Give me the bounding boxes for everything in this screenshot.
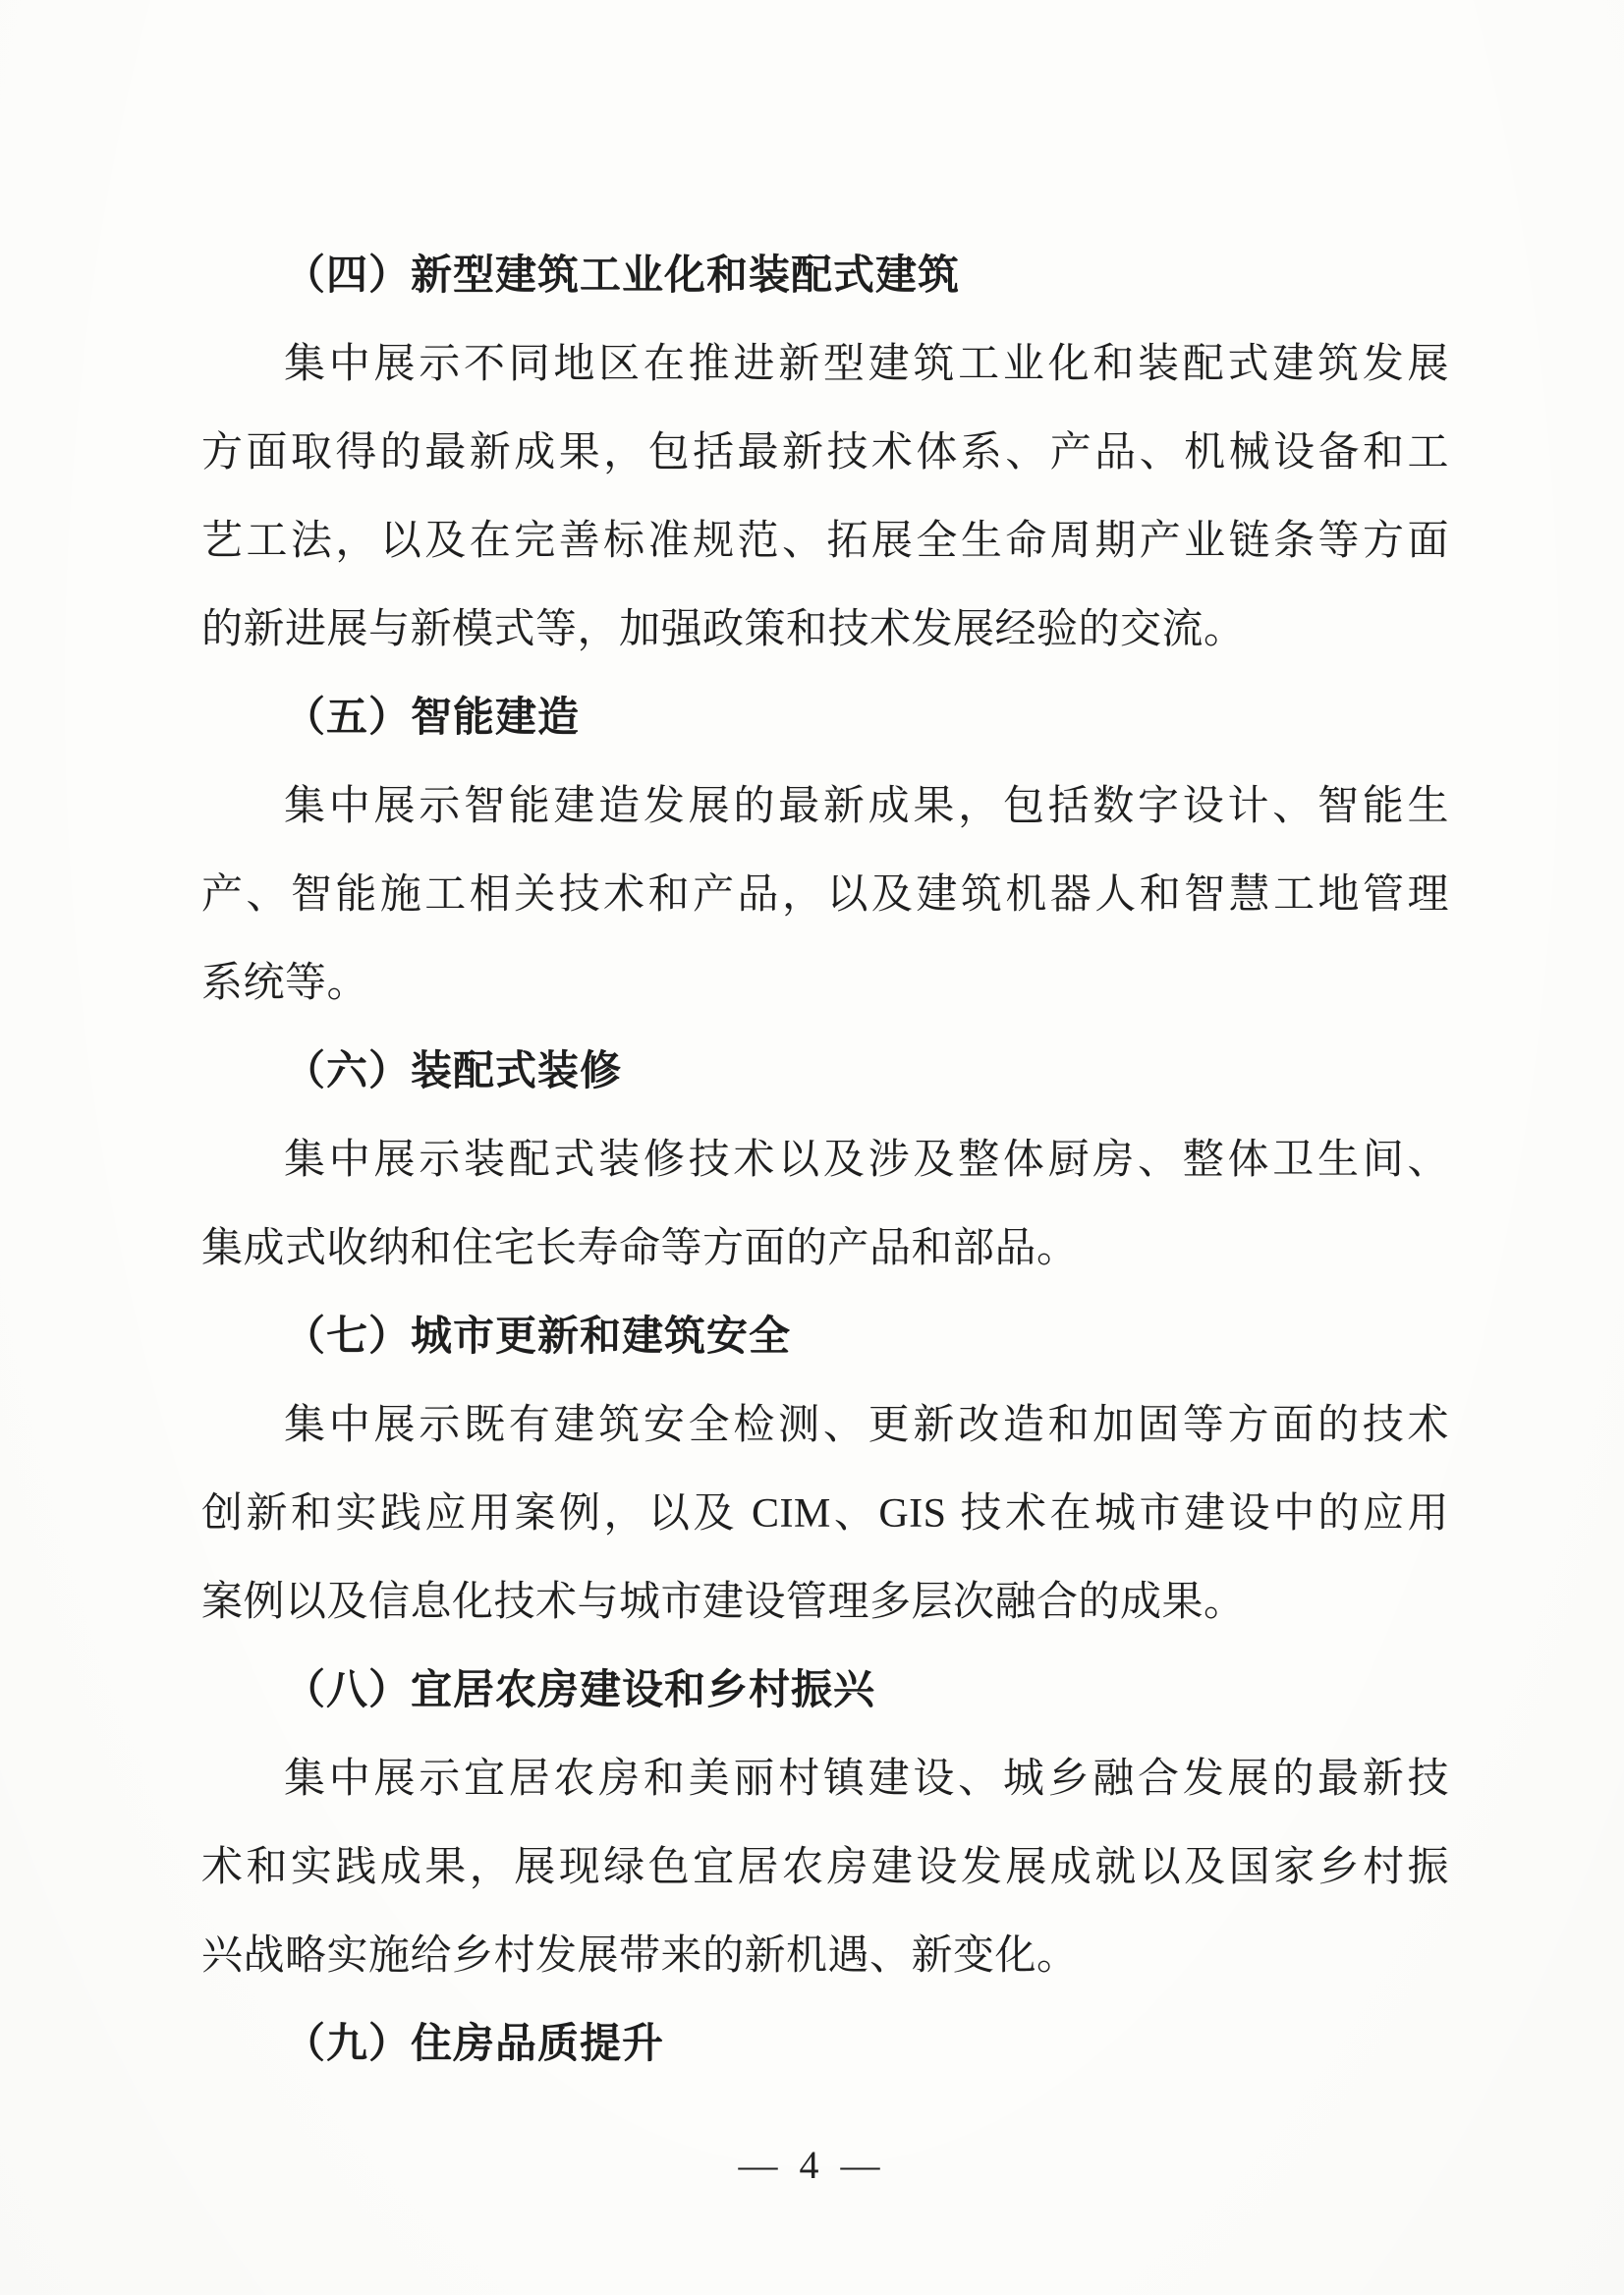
- paragraph-line: 案例以及信息化技术与城市建设管理多层次融合的成果。: [201, 1558, 1449, 1647]
- paragraph-line: 产、智能施工相关技术和产品，以及建筑机器人和智慧工地管理: [201, 851, 1449, 939]
- document-body: （四）新型建筑工业化和装配式建筑集中展示不同地区在推进新型建筑工业化和装配式建筑…: [201, 232, 1449, 2089]
- paragraph-line: 艺工法，以及在完善标准规范、拓展全生命周期产业链条等方面: [201, 497, 1449, 586]
- paragraph-line: 集中展示智能建造发展的最新成果，包括数字设计、智能生: [201, 762, 1449, 851]
- scanned-document-page: （四）新型建筑工业化和装配式建筑集中展示不同地区在推进新型建筑工业化和装配式建筑…: [0, 0, 1624, 2295]
- paragraph-line: 兴战略实施给乡村发展带来的新机遇、新变化。: [201, 1912, 1449, 2000]
- paragraph-line: 集中展示装配式装修技术以及涉及整体厨房、整体卫生间、: [201, 1116, 1449, 1204]
- paragraph-line: 集中展示不同地区在推进新型建筑工业化和装配式建筑发展: [201, 320, 1449, 409]
- paragraph-line: 系统等。: [201, 939, 1449, 1028]
- section-heading: （四）新型建筑工业化和装配式建筑: [201, 232, 1449, 320]
- section-heading: （九）住房品质提升: [201, 2000, 1449, 2089]
- paragraph-line: 术和实践成果，展现绿色宜居农房建设发展成就以及国家乡村振: [201, 1823, 1449, 1912]
- paragraph-line: 方面取得的最新成果，包括最新技术体系、产品、机械设备和工: [201, 409, 1449, 497]
- paragraph-line: 创新和实践应用案例，以及 CIM、GIS 技术在城市建设中的应用: [201, 1470, 1449, 1558]
- section-heading: （六）装配式装修: [201, 1028, 1449, 1116]
- section-heading: （五）智能建造: [201, 674, 1449, 762]
- section-heading: （八）宜居农房建设和乡村振兴: [201, 1647, 1449, 1735]
- page-number: — 4 —: [0, 2140, 1624, 2191]
- paragraph-line: 的新进展与新模式等，加强政策和技术发展经验的交流。: [201, 586, 1449, 674]
- paragraph-line: 集中展示既有建筑安全检测、更新改造和加固等方面的技术: [201, 1381, 1449, 1470]
- paragraph-line: 集成式收纳和住宅长寿命等方面的产品和部品。: [201, 1204, 1449, 1293]
- section-heading: （七）城市更新和建筑安全: [201, 1293, 1449, 1381]
- paragraph-line: 集中展示宜居农房和美丽村镇建设、城乡融合发展的最新技: [201, 1735, 1449, 1823]
